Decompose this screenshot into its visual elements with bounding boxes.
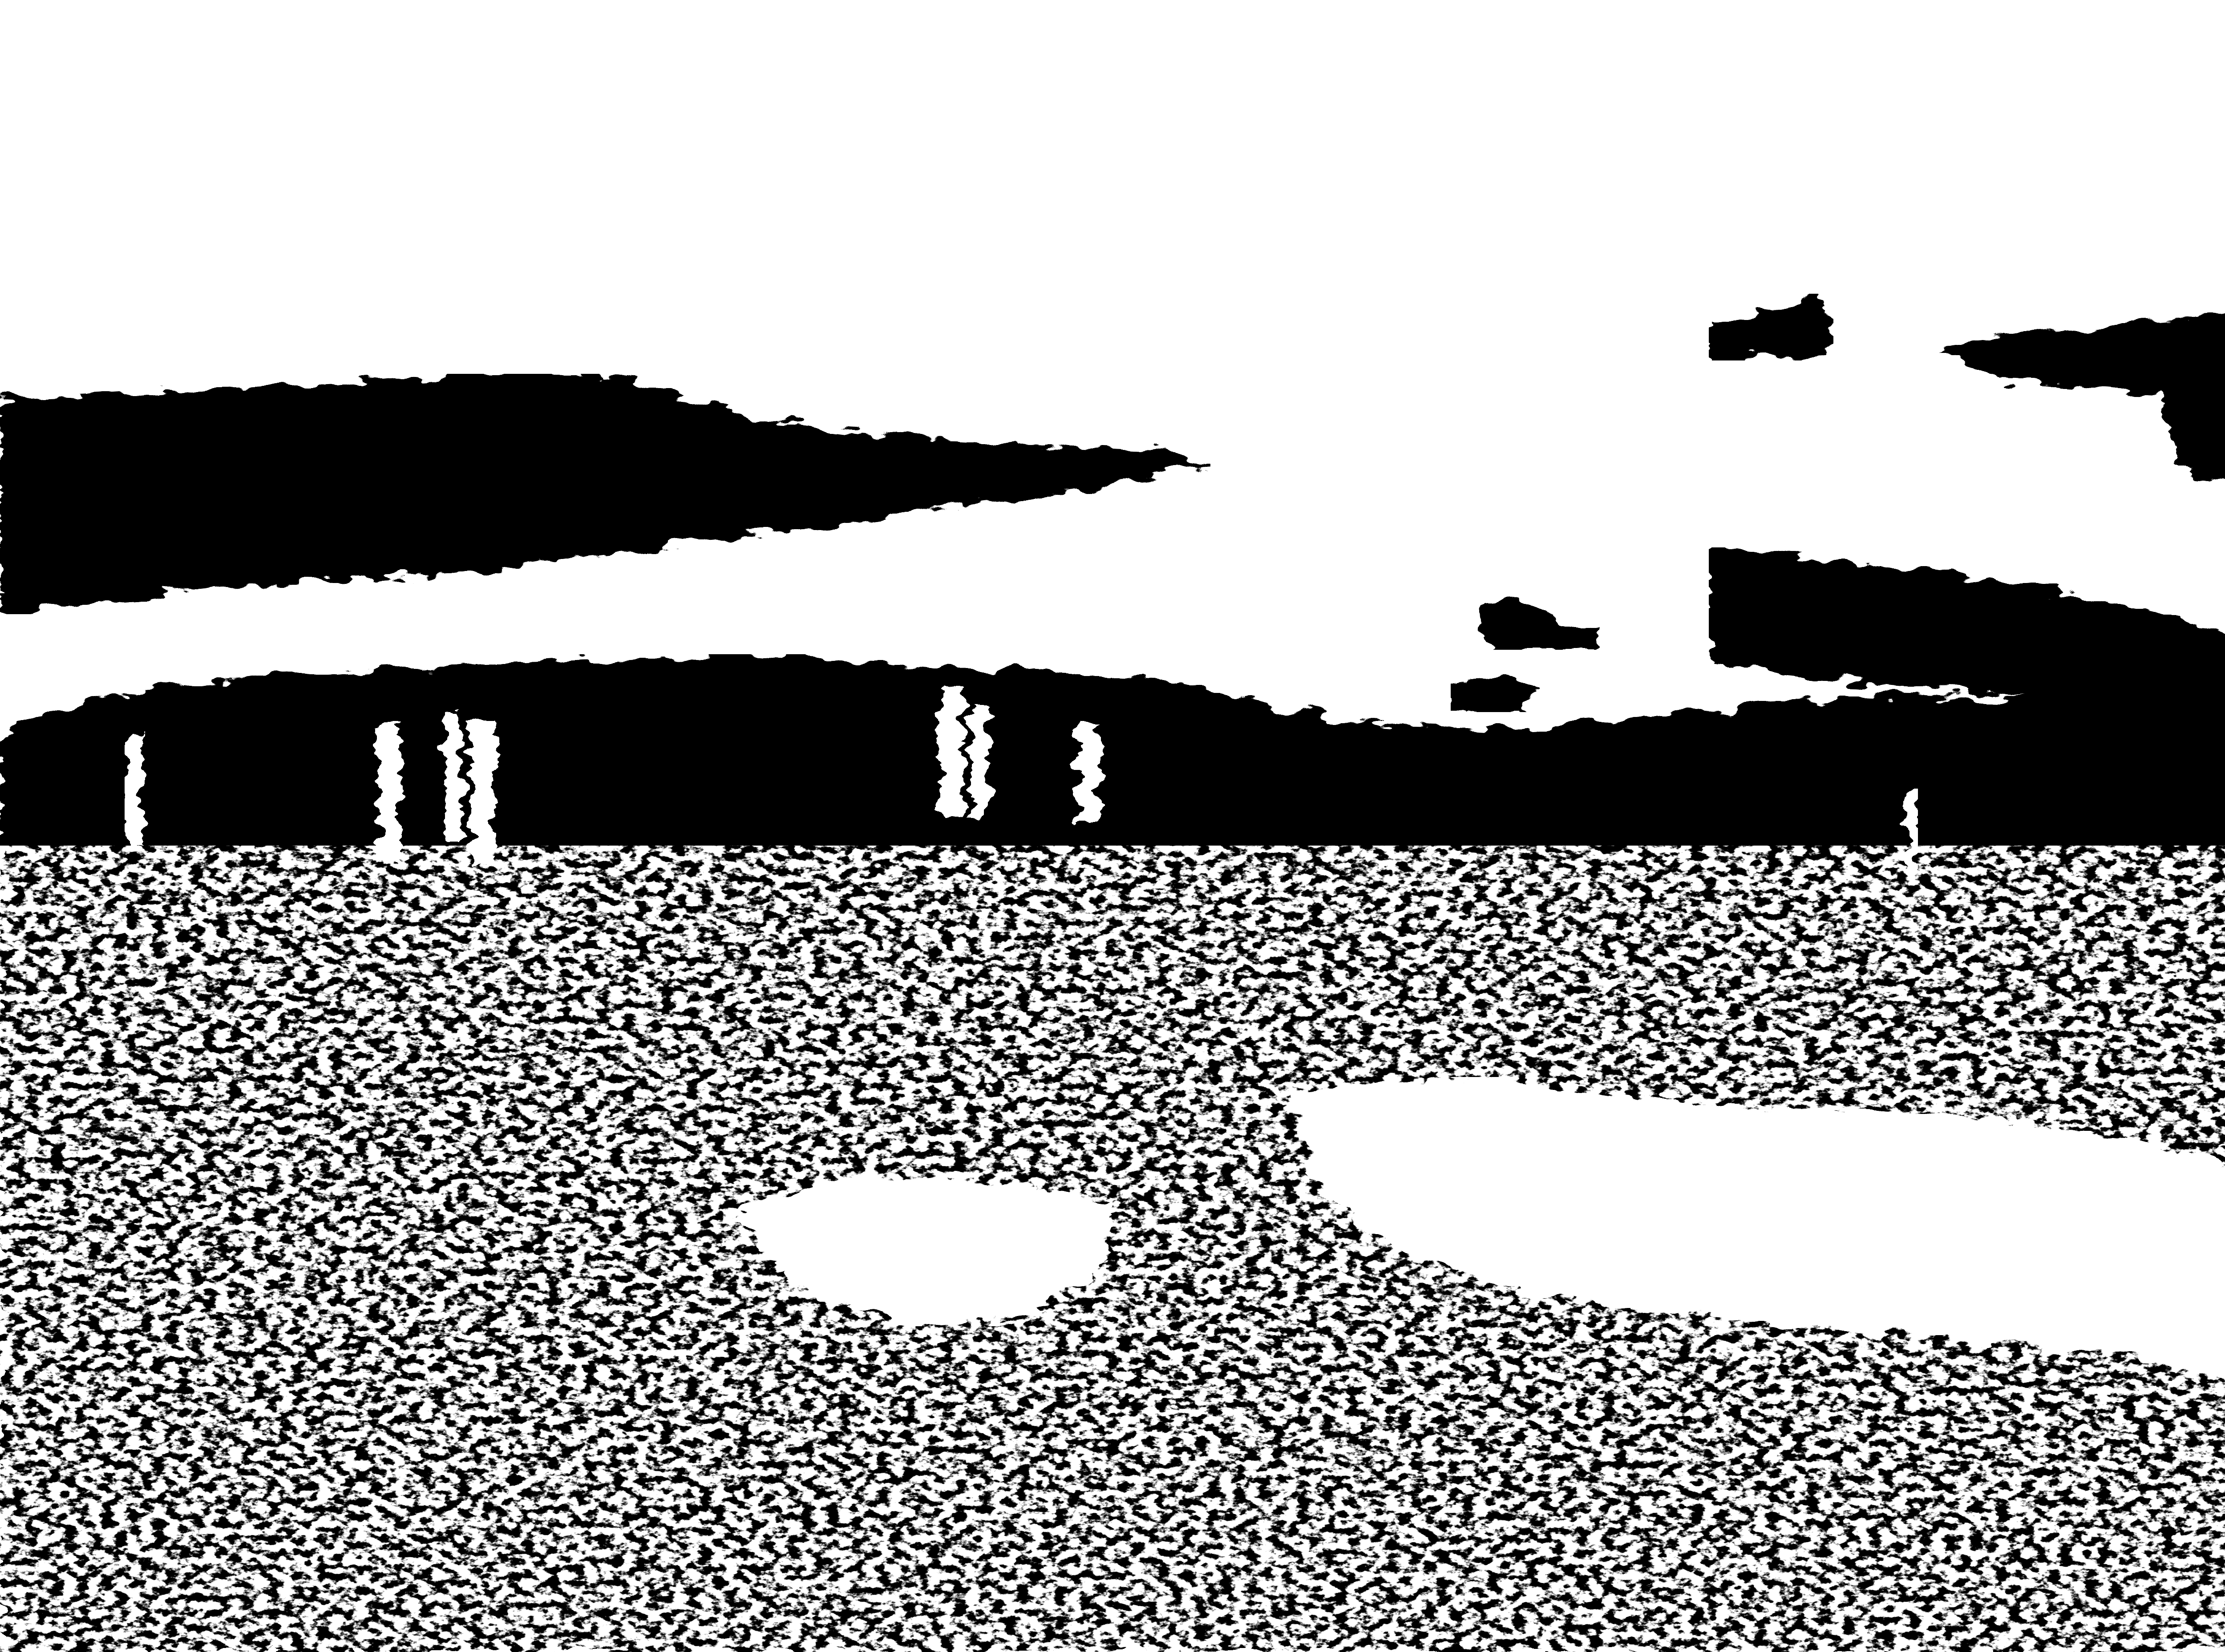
binarized-landscape [0,0,2225,1652]
coastal-photo: High-contrast binarized (black and white… [0,0,2225,1652]
headland-left-top [343,374,641,463]
